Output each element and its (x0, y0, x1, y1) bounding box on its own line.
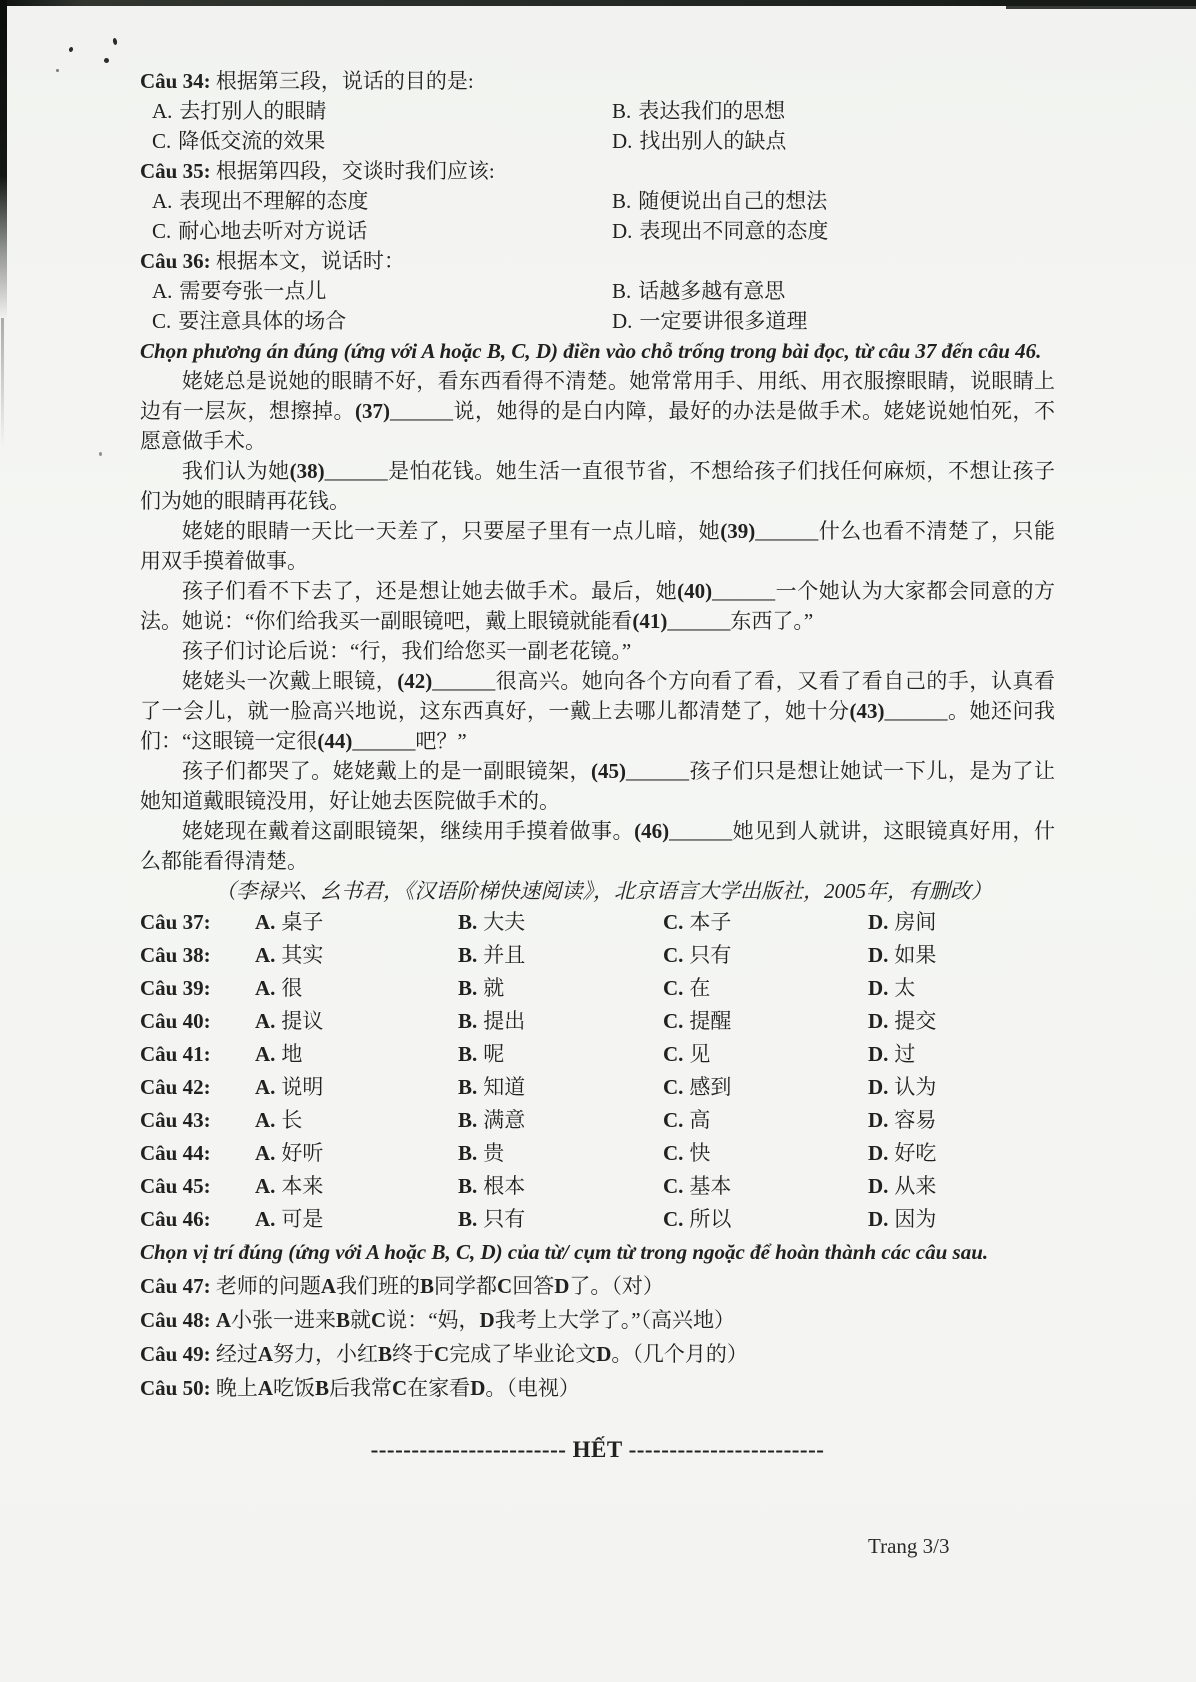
cloze-options-row: Câu 41: A.地B.呢C.见D.过 (140, 1038, 1055, 1071)
option-text: 只有 (483, 1207, 525, 1231)
answer-option: C.所以 (663, 1203, 868, 1236)
answer-option: B.话越多越有意思 (612, 276, 1055, 306)
passage-paragraph: 孩子们都哭了。姥姥戴上的是一副眼镜架，(45)______孩子们只是想让她试一下… (140, 756, 1055, 816)
option-text: 长 (281, 1108, 302, 1132)
option-letter: C. (663, 1174, 683, 1198)
scan-streak-left-tail (1, 318, 4, 448)
option-letter: C. (663, 1075, 683, 1099)
option-text: 随便说出自己的想法 (638, 189, 827, 213)
question-label: Câu 48: (140, 1308, 211, 1332)
option-letter: B. (458, 1075, 477, 1099)
row-label: Câu 39: (140, 972, 255, 1005)
answer-option: A.提议 (255, 1005, 458, 1038)
scan-streak-left (0, 0, 7, 320)
question-text: 根据第三段，说话的目的是: (216, 69, 474, 93)
answer-option: A.很 (255, 972, 458, 1005)
cloze-options-row: Câu 46: A.可是B.只有C.所以D.因为 (140, 1203, 1055, 1236)
option-letter: D. (868, 1075, 888, 1099)
answer-option: C.见 (663, 1038, 868, 1071)
option-text: 见 (689, 1042, 710, 1066)
option-text: 认为 (894, 1075, 936, 1099)
option-text: 提醒 (689, 1009, 731, 1033)
question-title: Câu 36: 根据本文，说话时： (140, 246, 1055, 276)
option-letter: C. (663, 910, 683, 934)
option-letter: A. (152, 279, 172, 303)
option-letter: D. (612, 309, 632, 333)
option-letter: A. (255, 1009, 275, 1033)
answer-option: B.贵 (458, 1137, 663, 1170)
answer-option: C.感到 (663, 1071, 868, 1104)
row-label: Câu 38: (140, 939, 255, 972)
option-text: 太 (894, 976, 915, 1000)
passage-paragraph: 孩子们看不下去了，还是想让她去做手术。最后，她(40)______一个她认为大家… (140, 576, 1055, 636)
answer-option: C.快 (663, 1137, 868, 1170)
option-letter: D. (868, 1108, 888, 1132)
answer-option: D.好吃 (868, 1137, 1055, 1170)
option-text: 并且 (483, 943, 525, 967)
option-letter: D. (868, 1042, 888, 1066)
option-letter: A. (255, 1042, 275, 1066)
option-letter: B. (612, 279, 631, 303)
answer-option: C.本子 (663, 906, 868, 939)
row-label: Câu 40: (140, 1005, 255, 1038)
row-label: Câu 45: (140, 1170, 255, 1203)
cloze-options-row: Câu 37: A.桌子B.大夫C.本子D.房间 (140, 906, 1055, 939)
option-text: 快 (689, 1141, 710, 1165)
option-letter: C. (663, 1108, 683, 1132)
option-text: 提出 (483, 1009, 525, 1033)
option-letter: A. (152, 189, 172, 213)
answer-option: D.房间 (868, 906, 1055, 939)
answer-option: C.提醒 (663, 1005, 868, 1038)
answer-option: B.大夫 (458, 906, 663, 939)
option-text: 耐心地去听对方说话 (178, 219, 367, 243)
answer-option: B.满意 (458, 1104, 663, 1137)
cloze-options-row: Câu 40: A.提议B.提出C.提醒D.提交 (140, 1005, 1055, 1038)
question-text: A小张一进来B就C说：“妈，D我考上大学了。”（高兴地） (216, 1308, 735, 1332)
option-letter: D. (868, 910, 888, 934)
option-text: 地 (281, 1042, 302, 1066)
option-text: 提议 (281, 1009, 323, 1033)
option-letter: D. (868, 1009, 888, 1033)
row-label: Câu 44: (140, 1137, 255, 1170)
cloze-passage: 姥姥总是说她的眼睛不好，看东西看得不清楚。她常常用手、用纸、用衣服擦眼睛，说眼睛… (140, 366, 1055, 876)
option-letter: C. (663, 1207, 683, 1231)
answer-option: A.地 (255, 1038, 458, 1071)
row-label: Câu 46: (140, 1203, 255, 1236)
scan-speck (99, 452, 102, 456)
option-letter: B. (458, 1108, 477, 1132)
answer-option: C.耐心地去听对方说话 (152, 216, 612, 246)
option-letter: C. (663, 943, 683, 967)
row-label: Câu 43: (140, 1104, 255, 1137)
question-label: Câu 50: (140, 1376, 211, 1400)
option-letter: B. (612, 99, 631, 123)
passage-paragraph: 姥姥总是说她的眼睛不好，看东西看得不清楚。她常常用手、用纸、用衣服擦眼睛，说眼睛… (140, 366, 1055, 456)
option-text: 需要夸张一点儿 (179, 279, 326, 303)
option-text: 很 (281, 976, 302, 1000)
cloze-instruction: Chọn phương án đúng (ứng với A hoặc B, C… (140, 336, 1055, 366)
answer-option: A.桌子 (255, 906, 458, 939)
page-content: Câu 34: 根据第三段，说话的目的是: A.去打别人的眼睛B.表达我们的思想… (140, 0, 1055, 1467)
question-label: Câu 36: (140, 249, 211, 273)
option-text: 在 (689, 976, 710, 1000)
question-label: Câu 34: (140, 69, 211, 93)
question-label: Câu 47: (140, 1274, 211, 1298)
option-letter: D. (868, 1174, 888, 1198)
option-text: 基本 (689, 1174, 731, 1198)
placement-question: Câu 48: A小张一进来B就C说：“妈，D我考上大学了。”（高兴地） (140, 1303, 1055, 1337)
answer-option: B.随便说出自己的想法 (612, 186, 1055, 216)
answer-option: B.知道 (458, 1071, 663, 1104)
passage-paragraph: 姥姥头一次戴上眼镜，(42)______很高兴。她向各个方向看了看，又看了看自己… (140, 666, 1055, 756)
answer-option: A.本来 (255, 1170, 458, 1203)
answer-option: A.去打别人的眼睛 (152, 96, 612, 126)
row-label: Câu 42: (140, 1071, 255, 1104)
row-label: Câu 41: (140, 1038, 255, 1071)
answer-option: B.根本 (458, 1170, 663, 1203)
reading-question: Câu 34: 根据第三段，说话的目的是: A.去打别人的眼睛B.表达我们的思想… (140, 66, 1055, 156)
option-letter: B. (458, 1042, 477, 1066)
scan-speck (112, 38, 117, 46)
option-letter: D. (868, 976, 888, 1000)
option-text: 降低交流的效果 (178, 129, 325, 153)
option-text: 大夫 (483, 910, 525, 934)
placement-question: Câu 47: 老师的问题A我们班的B同学都C回答D了。（对） (140, 1269, 1055, 1303)
answer-option: D.如果 (868, 939, 1055, 972)
option-letter: B. (458, 1141, 477, 1165)
passage-paragraph: 姥姥现在戴着这副眼镜架，继续用手摸着做事。(46)______她见到人就讲，这眼… (140, 816, 1055, 876)
answer-option: D.一定要讲很多道理 (612, 306, 1055, 336)
question-options: A.需要夸张一点儿B.话越多越有意思C.要注意具体的场合D.一定要讲很多道理 (140, 276, 1055, 336)
option-text: 桌子 (281, 910, 323, 934)
reading-comprehension-questions: Câu 34: 根据第三段，说话的目的是: A.去打别人的眼睛B.表达我们的思想… (140, 66, 1055, 336)
cloze-options-row: Câu 39: A.很B.就C.在D.太 (140, 972, 1055, 1005)
answer-option: D.提交 (868, 1005, 1055, 1038)
answer-option: A.好听 (255, 1137, 458, 1170)
option-letter: C. (152, 219, 171, 243)
question-options: A.去打别人的眼睛B.表达我们的思想C.降低交流的效果D.找出别人的缺点 (140, 96, 1055, 156)
option-letter: A. (152, 99, 172, 123)
question-text: 根据第四段，交谈时我们应该: (216, 159, 495, 183)
end-marker: ------------------------ HẾT -----------… (140, 1433, 1055, 1467)
option-text: 知道 (483, 1075, 525, 1099)
option-text: 好听 (281, 1141, 323, 1165)
cloze-options-row: Câu 44: A.好听B.贵C.快D.好吃 (140, 1137, 1055, 1170)
option-text: 满意 (483, 1108, 525, 1132)
answer-option: D.认为 (868, 1071, 1055, 1104)
placement-questions: Câu 47: 老师的问题A我们班的B同学都C回答D了。（对） Câu 48: … (140, 1269, 1055, 1405)
option-text: 因为 (894, 1207, 936, 1231)
option-letter: C. (663, 1141, 683, 1165)
question-text: 根据本文，说话时： (216, 249, 405, 273)
answer-option: D.容易 (868, 1104, 1055, 1137)
option-text: 话越多越有意思 (638, 279, 785, 303)
option-letter: A. (255, 1141, 275, 1165)
passage-paragraph: 孩子们讨论后说：“行，我们给您买一副老花镜。” (140, 636, 1055, 666)
scan-speck (68, 46, 73, 52)
answer-option: B.呢 (458, 1038, 663, 1071)
option-text: 如果 (894, 943, 936, 967)
question-title: Câu 35: 根据第四段，交谈时我们应该: (140, 156, 1055, 186)
answer-option: D.表现出不同意的态度 (612, 216, 1055, 246)
page-number: Trang 3/3 (868, 1534, 950, 1559)
option-letter: B. (458, 976, 477, 1000)
passage-citation: （李禄兴、幺书君，《汉语阶梯快速阅读》，北京语言大学出版社，2005年，有删改） (140, 876, 1055, 906)
option-text: 只有 (689, 943, 731, 967)
passage-paragraph: 我们认为她(38)______是怕花钱。她生活一直很节省，不想给孩子们找任何麻烦… (140, 456, 1055, 516)
reading-question: Câu 35: 根据第四段，交谈时我们应该: A.表现出不理解的态度B.随便说出… (140, 156, 1055, 246)
option-text: 表现出不理解的态度 (179, 189, 368, 213)
option-letter: B. (458, 1207, 477, 1231)
answer-option: C.只有 (663, 939, 868, 972)
option-letter: C. (152, 309, 171, 333)
option-letter: B. (612, 189, 631, 213)
answer-option: C.降低交流的效果 (152, 126, 612, 156)
answer-option: B.只有 (458, 1203, 663, 1236)
option-letter: A. (255, 1174, 275, 1198)
option-letter: B. (458, 1174, 477, 1198)
row-label: Câu 37: (140, 906, 255, 939)
question-title: Câu 34: 根据第三段，说话的目的是: (140, 66, 1055, 96)
option-letter: D. (612, 219, 632, 243)
answer-option: A.说明 (255, 1071, 458, 1104)
scanned-exam-page: Câu 34: 根据第三段，说话的目的是: A.去打别人的眼睛B.表达我们的思想… (0, 0, 1196, 1682)
answer-option: D.因为 (868, 1203, 1055, 1236)
question-text: 老师的问题A我们班的B同学都C回答D了。（对） (216, 1274, 664, 1298)
option-text: 高 (689, 1108, 710, 1132)
option-text: 要注意具体的场合 (178, 309, 346, 333)
option-text: 表现出不同意的态度 (639, 219, 828, 243)
option-text: 可是 (281, 1207, 323, 1231)
placement-instruction: Chọn vị trí đúng (ứng với A hoặc B, C, D… (140, 1236, 1055, 1269)
option-letter: A. (255, 1075, 275, 1099)
answer-option: B.提出 (458, 1005, 663, 1038)
option-letter: A. (255, 910, 275, 934)
cloze-options-row: Câu 43: A.长B.满意C.高D.容易 (140, 1104, 1055, 1137)
answer-option: D.过 (868, 1038, 1055, 1071)
option-text: 呢 (483, 1042, 504, 1066)
answer-option: D.太 (868, 972, 1055, 1005)
option-text: 所以 (689, 1207, 731, 1231)
option-letter: B. (458, 1009, 477, 1033)
answer-option: C.在 (663, 972, 868, 1005)
placement-question: Câu 50: 晚上A吃饭B后我常C在家看D。（电视） (140, 1371, 1055, 1405)
option-letter: C. (663, 1009, 683, 1033)
option-text: 说明 (281, 1075, 323, 1099)
answer-option: B.就 (458, 972, 663, 1005)
option-letter: B. (458, 910, 477, 934)
answer-option: A.需要夸张一点儿 (152, 276, 612, 306)
option-letter: D. (612, 129, 632, 153)
answer-option: B.表达我们的思想 (612, 96, 1055, 126)
answer-option: A.可是 (255, 1203, 458, 1236)
option-text: 贵 (483, 1141, 504, 1165)
option-letter: C. (663, 976, 683, 1000)
answer-option: C.基本 (663, 1170, 868, 1203)
passage-paragraph: 姥姥的眼睛一天比一天差了，只要屋子里有一点儿暗，她(39)______什么也看不… (140, 516, 1055, 576)
answer-option: A.其实 (255, 939, 458, 972)
cloze-options-row: Câu 38: A.其实B.并且C.只有D.如果 (140, 939, 1055, 972)
option-text: 感到 (689, 1075, 731, 1099)
option-text: 一定要讲很多道理 (639, 309, 807, 333)
cloze-options-row: Câu 42: A.说明B.知道C.感到D.认为 (140, 1071, 1055, 1104)
answer-option: B.并且 (458, 939, 663, 972)
answer-option: A.表现出不理解的态度 (152, 186, 612, 216)
option-text: 表达我们的思想 (638, 99, 785, 123)
answer-option: D.从来 (868, 1170, 1055, 1203)
option-letter: C. (663, 1042, 683, 1066)
option-text: 过 (894, 1042, 915, 1066)
placement-question: Câu 49: 经过A努力，小红B终于C完成了毕业论文D。（几个月的） (140, 1337, 1055, 1371)
answer-option: C.要注意具体的场合 (152, 306, 612, 336)
cloze-options-table: Câu 37: A.桌子B.大夫C.本子D.房间 Câu 38: A.其实B.并… (140, 906, 1055, 1236)
cloze-options-row: Câu 45: A.本来B.根本C.基本D.从来 (140, 1170, 1055, 1203)
option-letter: A. (255, 976, 275, 1000)
question-label: Câu 49: (140, 1342, 211, 1366)
answer-option: A.长 (255, 1104, 458, 1137)
scan-speck (56, 69, 59, 72)
option-letter: C. (152, 129, 171, 153)
option-text: 就 (483, 976, 504, 1000)
option-letter: D. (868, 1207, 888, 1231)
question-options: A.表现出不理解的态度B.随便说出自己的想法C.耐心地去听对方说话D.表现出不同… (140, 186, 1055, 246)
option-text: 提交 (894, 1009, 936, 1033)
reading-question: Câu 36: 根据本文，说话时： A.需要夸张一点儿B.话越多越有意思C.要注… (140, 246, 1055, 336)
option-text: 房间 (894, 910, 936, 934)
option-text: 根本 (483, 1174, 525, 1198)
scan-speck (104, 58, 109, 63)
option-letter: D. (868, 943, 888, 967)
option-letter: A. (255, 1108, 275, 1132)
option-text: 去打别人的眼睛 (179, 99, 326, 123)
answer-option: C.高 (663, 1104, 868, 1137)
option-text: 容易 (894, 1108, 936, 1132)
option-text: 其实 (281, 943, 323, 967)
question-label: Câu 35: (140, 159, 211, 183)
question-text: 经过A努力，小红B终于C完成了毕业论文D。（几个月的） (216, 1342, 748, 1366)
option-text: 找出别人的缺点 (639, 129, 786, 153)
option-letter: A. (255, 1207, 275, 1231)
question-text: 晚上A吃饭B后我常C在家看D。（电视） (216, 1376, 580, 1400)
answer-option: D.找出别人的缺点 (612, 126, 1055, 156)
option-text: 好吃 (894, 1141, 936, 1165)
option-text: 从来 (894, 1174, 936, 1198)
option-letter: A. (255, 943, 275, 967)
option-letter: D. (868, 1141, 888, 1165)
option-letter: B. (458, 943, 477, 967)
option-text: 本来 (281, 1174, 323, 1198)
option-text: 本子 (689, 910, 731, 934)
